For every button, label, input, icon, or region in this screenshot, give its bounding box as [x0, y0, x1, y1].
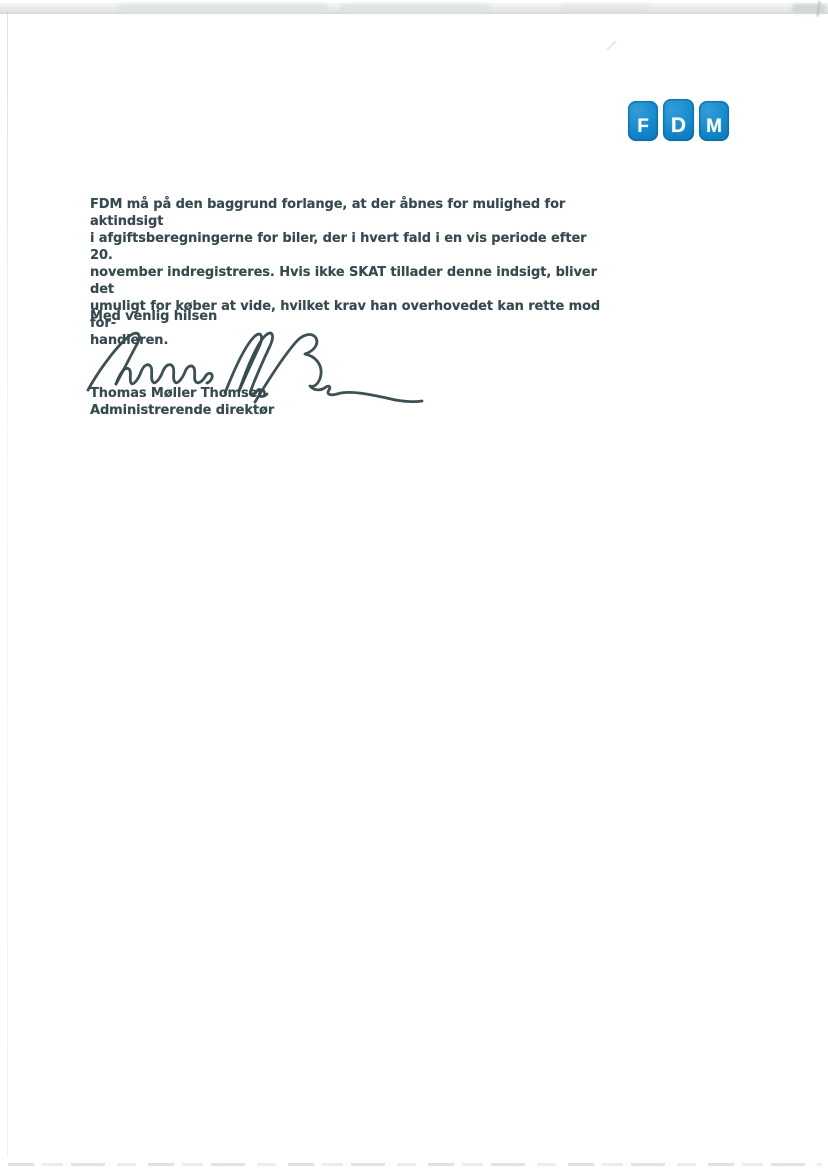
scan-smudge — [118, 4, 328, 13]
scan-artifact-top-band — [0, 3, 828, 14]
fdm-logo-block-d: D — [663, 99, 694, 141]
fdm-logo-letter-m: M — [706, 117, 722, 136]
letter-body-line: i afgiftsberegningerne for biler, der i … — [90, 230, 610, 264]
scan-smudge — [340, 4, 490, 13]
scan-smudge — [792, 4, 826, 13]
fdm-logo-block-f: F — [628, 101, 658, 141]
signer-name: Thomas Møller Thomsen — [90, 386, 266, 401]
letter-body-line: november indregistreres. Hvis ikke SKAT … — [90, 264, 610, 298]
scan-artifact-fleck — [606, 41, 617, 50]
letter-closing: Med venlig hilsen — [90, 309, 217, 324]
letter-body: FDM må på den baggrund forlange, at der … — [90, 196, 610, 349]
fdm-logo-letter-f: F — [637, 117, 649, 136]
letter-body-line: FDM må på den baggrund forlange, at der … — [90, 196, 610, 230]
scan-artifact-bottom-dashes — [8, 1163, 822, 1166]
fdm-logo-letter-d: D — [671, 115, 686, 136]
fdm-logo: F D M — [628, 99, 729, 141]
scan-smudge — [560, 4, 650, 13]
scan-artifact-left-edge — [7, 12, 8, 1157]
fdm-logo-block-m: M — [699, 101, 729, 141]
scanned-letter-page: F D M FDM må på den baggrund forlange, a… — [0, 0, 828, 1169]
signer-title: Administrerende direktør — [90, 403, 274, 418]
